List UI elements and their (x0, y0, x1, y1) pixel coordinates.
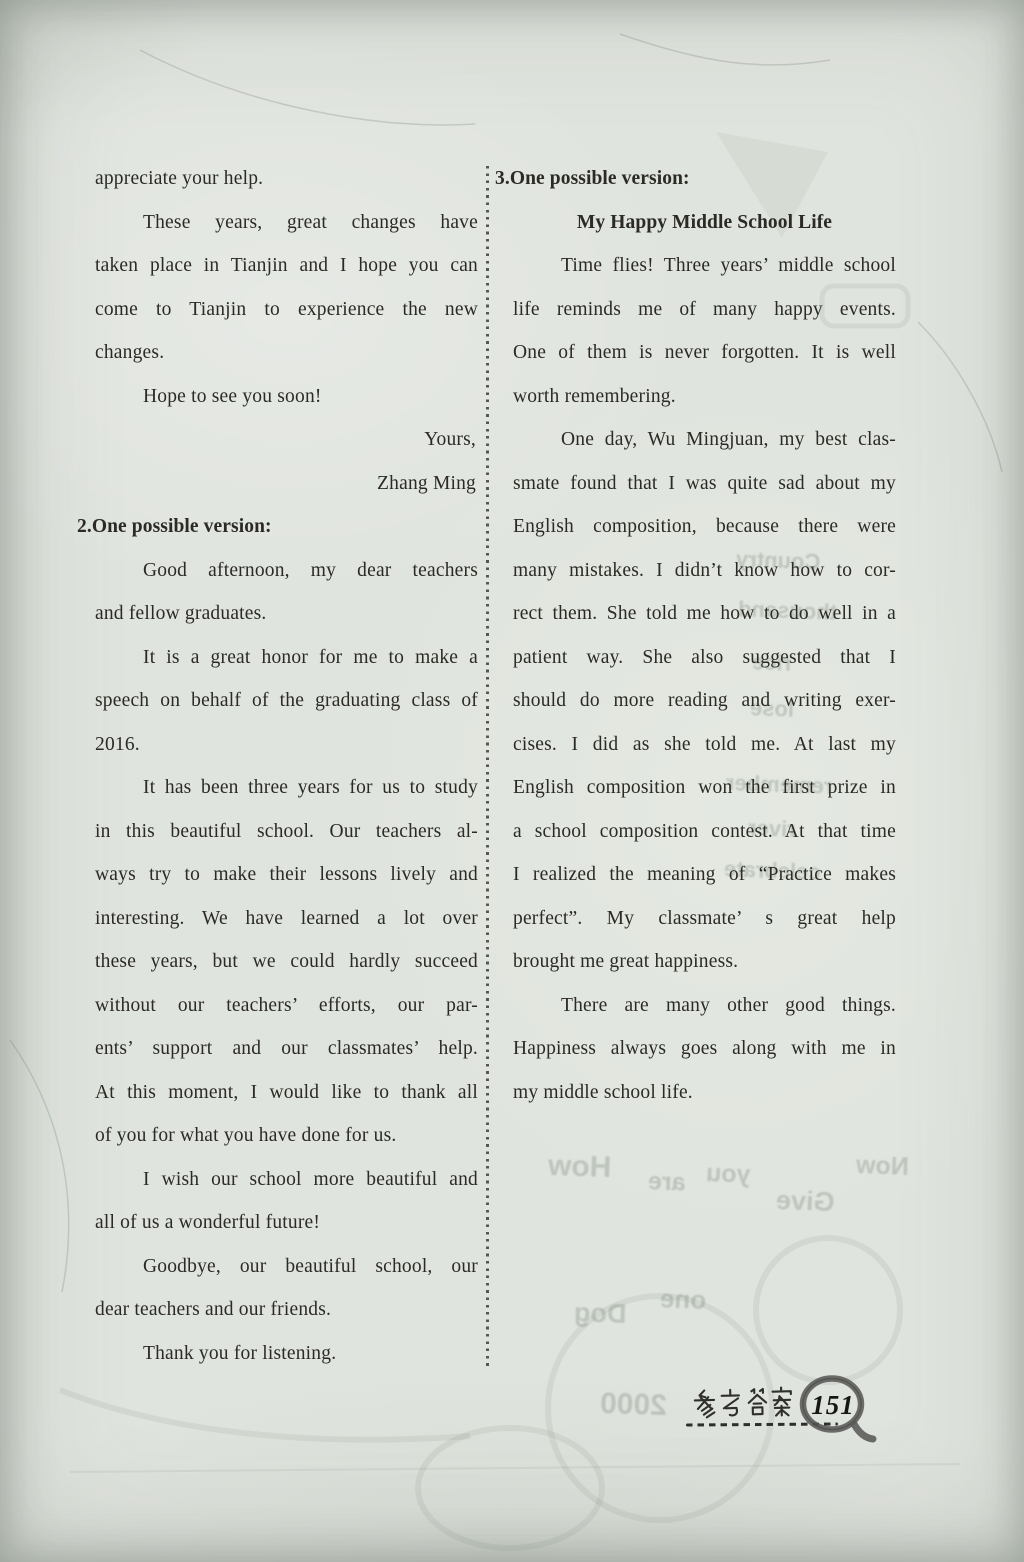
text-line: a school composition contest. At that ti… (513, 810, 896, 854)
text-line: taken place in Tianjin and I hope you ca… (95, 244, 478, 288)
text-line: Goodbye, our beautiful school, our (95, 1245, 478, 1289)
text-line: Zhang Ming (95, 462, 478, 506)
text-line: should do more reading and writing exer- (513, 679, 896, 723)
ghost-word: are (648, 1167, 687, 1197)
text-line: cises. I did as she told me. At last my (513, 723, 896, 767)
left-column: appreciate your help.These years, great … (95, 157, 478, 1375)
text-line: English composition won the first prize … (513, 766, 896, 810)
text-line: There are many other good things. (513, 984, 896, 1028)
page-number-badge: 151 (794, 1374, 880, 1448)
answer-key-label (693, 1386, 794, 1421)
text-line: At this moment, I would like to thank al… (95, 1071, 478, 1115)
answer-key-calligraphy (693, 1386, 794, 1421)
page-number: 151 (803, 1377, 863, 1433)
text-line: rect them. She told me how to do well in… (513, 592, 896, 636)
text-line: My Happy Middle School Life (513, 201, 896, 245)
text-line: without our teachers’ efforts, our par- (95, 984, 478, 1028)
text-line: English composition, because there were (513, 505, 896, 549)
text-line: worth remembering. (513, 375, 896, 419)
ghost-word: you (706, 1159, 751, 1190)
text-line: 3.One possible version: (495, 157, 896, 201)
text-line: appreciate your help. (95, 157, 478, 201)
text-line: One of them is never forgotten. It is we… (513, 331, 896, 375)
text-line: come to Tianjin to experience the new (95, 288, 478, 332)
text-line: ents’ support and our classmates’ help. (95, 1027, 478, 1071)
text-line: interesting. We have learned a lot over (95, 897, 478, 941)
text-line: many mistakes. I didn’t know how to cor- (513, 549, 896, 593)
text-line: all of us a wonderful future! (95, 1201, 478, 1245)
text-line: It is a great honor for me to make a (95, 636, 478, 680)
text-line: 2016. (95, 723, 478, 767)
text-line: dear teachers and our friends. (95, 1288, 478, 1332)
text-line: These years, great changes have (95, 201, 478, 245)
text-line: changes. (95, 331, 478, 375)
ghost-word: How (547, 1149, 611, 1185)
ghost-word: 2000 (599, 1387, 667, 1423)
text-line: of you for what you have done for us. (95, 1114, 478, 1158)
text-line: brought me great happiness. (513, 940, 896, 984)
text-line: Thank you for listening. (95, 1332, 478, 1376)
text-line: these years, but we could hardly succeed (95, 940, 478, 984)
ghost-word: Dog (573, 1297, 627, 1330)
scanned-page: Countrythousandriceloserememberrivercele… (0, 0, 1024, 1562)
text-line: Hope to see you soon! (95, 375, 478, 419)
text-line: patient way. She also suggested that I (513, 636, 896, 680)
ghost-word: Give (775, 1185, 835, 1218)
text-line: One day, Wu Mingjuan, my best clas- (513, 418, 896, 462)
text-line: ways try to make their lessons lively an… (95, 853, 478, 897)
text-line: I wish our school more beautiful and (95, 1158, 478, 1202)
text-line: I realized the meaning of “Practice make… (513, 853, 896, 897)
text-line: Happiness always goes along with me in (513, 1027, 896, 1071)
ghost-word: one (659, 1283, 706, 1316)
text-line: Time flies! Three years’ middle school (513, 244, 896, 288)
q-ring-icon (794, 1374, 880, 1448)
text-line: perfect”. My classmate’ s great help (513, 897, 896, 941)
text-line: It has been three years for us to study (95, 766, 478, 810)
footer-dashed-underline (686, 1422, 838, 1426)
text-line: 2.One possible version: (77, 505, 478, 549)
text-line: speech on behalf of the graduating class… (95, 679, 478, 723)
right-column: 3.One possible version:My Happy Middle S… (513, 157, 896, 1114)
text-line: in this beautiful school. Our teachers a… (95, 810, 478, 854)
text-line: my middle school life. (513, 1071, 896, 1115)
text-line: Yours, (95, 418, 478, 462)
text-line: Good afternoon, my dear teachers (95, 549, 478, 593)
text-line: smate found that I was quite sad about m… (513, 462, 896, 506)
column-divider (486, 166, 489, 1368)
text-line: life reminds me of many happy events. (513, 288, 896, 332)
ghost-word: Now (856, 1151, 910, 1182)
text-line: and fellow graduates. (95, 592, 478, 636)
